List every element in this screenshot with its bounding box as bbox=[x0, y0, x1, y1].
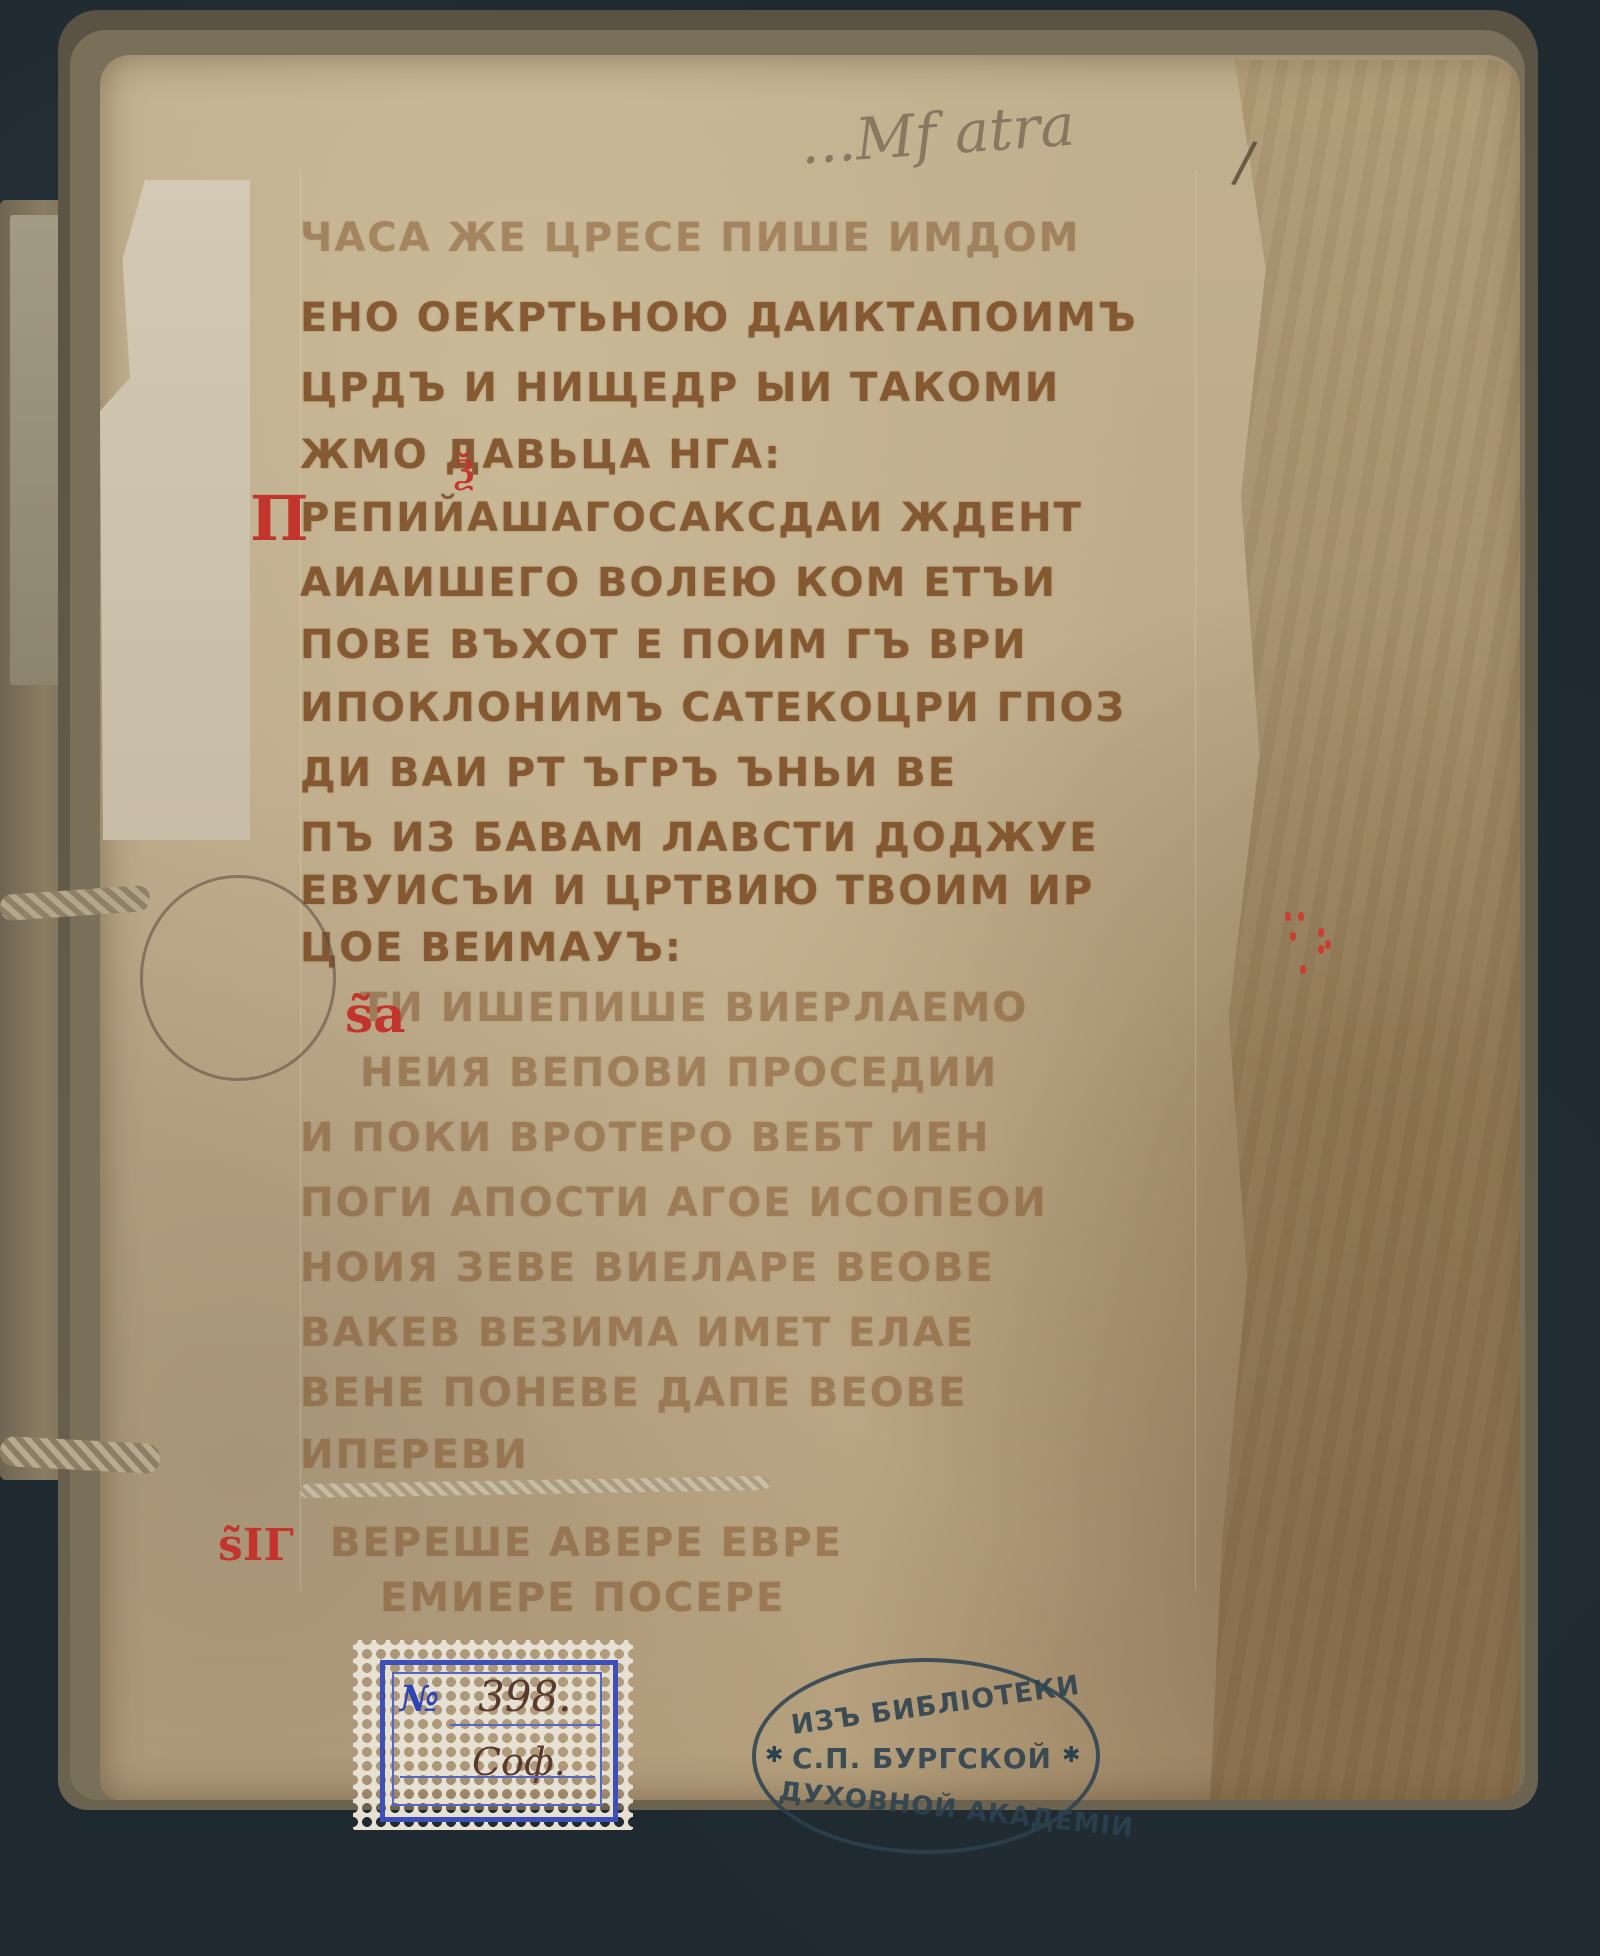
red-ink-dot bbox=[1285, 912, 1291, 921]
label-underline bbox=[400, 1776, 595, 1778]
text-line: И ПОКИ ВРОТЕРО ВЕБТ ИЕН bbox=[300, 1115, 990, 1161]
text-line: ВЕРЕШЕ АВЕРЕ ЕВРЕ bbox=[330, 1520, 843, 1566]
red-ink-dot bbox=[1298, 912, 1304, 921]
text-line: ЕВУИСЪИ И ЦРТВИЮ ТВОИМ ИР bbox=[300, 868, 1094, 914]
text-line: НОИЯ ЗЕВЕ ВИЕЛАРЕ ВЕОВЕ bbox=[300, 1245, 995, 1291]
text-line: ПОВЕ ВЪХОТ Е ПОИМ ГЪ ВРИ bbox=[300, 622, 1028, 668]
label-number-prefix: № bbox=[400, 1678, 439, 1720]
text-line: ВАКЕВ ВЕЗИМА ИМЕТ ЕЛАЕ bbox=[300, 1310, 975, 1356]
text-line: ЕМИЕРЕ ПОСЕРЕ bbox=[380, 1575, 785, 1621]
text-line: РЕПИЙАШАГОСАКСДАИ ЖДЕНТ bbox=[300, 495, 1083, 541]
stamp-star-icon: ✱ bbox=[765, 1743, 783, 1768]
text-line: ЦОЕ ВЕИМАУЪ: bbox=[300, 925, 683, 971]
text-line: ДИ ВАИ РТ ЪГРЪ ЪНЬИ ВЕ bbox=[300, 750, 957, 796]
text-line: ЦРДЪ И НИЩЕДР ЫИ ТАКОМИ bbox=[300, 365, 1060, 411]
text-line: НЕИЯ ВЕПОВИ ПРОСЕДИИ bbox=[360, 1050, 998, 1096]
red-ink-dot bbox=[1318, 945, 1324, 954]
rubric-superscript: Ѯ bbox=[455, 450, 474, 492]
text-line: АИАИШЕГО ВОЛЕЮ КОМ ЕТЪИ bbox=[300, 560, 1057, 606]
stamp-line-2: С.П. БУРГСКОЙ bbox=[792, 1742, 1052, 1775]
text-line: ИПЕРЕВИ bbox=[300, 1432, 529, 1478]
rubric-numeral-mark: ѕ̃а bbox=[345, 985, 406, 1044]
red-ink-dot bbox=[1325, 940, 1331, 949]
red-ink-dot bbox=[1300, 965, 1306, 974]
text-line: ЧАСА ЖЕ ЦРЕСЕ ПИШЕ ИМДОМ bbox=[300, 215, 1080, 261]
text-line: ИПОКЛОНИМЪ САТЕКОЦРИ ГПОЗ bbox=[300, 685, 1126, 731]
text-line: ЕНО ОЕКРТЬНОЮ ДАИКТАПОИМЪ bbox=[300, 295, 1138, 341]
red-ink-dot bbox=[1290, 932, 1296, 941]
stamp-star-icon: ✱ bbox=[1062, 1743, 1080, 1768]
label-underline bbox=[450, 1724, 600, 1726]
label-number: 398. bbox=[478, 1672, 572, 1721]
ink-circle-mark bbox=[140, 875, 336, 1081]
red-ink-dot bbox=[1318, 928, 1324, 937]
text-line: ПЪ ИЗ БАВАМ ЛАВСТИ ДОДЖУЕ bbox=[300, 815, 1099, 861]
rubric-numeral-mark: ѕ̃ІГ bbox=[218, 1520, 294, 1571]
text-line: ВЕНЕ ПОНЕВЕ ДАПЕ ВЕОВЕ bbox=[300, 1370, 968, 1416]
text-line: ТИ ИШЕПИШЕ ВИЕРЛАЕМО bbox=[360, 985, 1028, 1031]
text-line: ЖМО ДАВЬЦА НГА: bbox=[300, 432, 782, 478]
text-line: ПОГИ АПОСТИ АГОЕ ИСОПЕОИ bbox=[300, 1180, 1048, 1226]
ruling-line-vertical bbox=[1195, 170, 1196, 1590]
rubric-initial-p: П bbox=[250, 482, 309, 555]
